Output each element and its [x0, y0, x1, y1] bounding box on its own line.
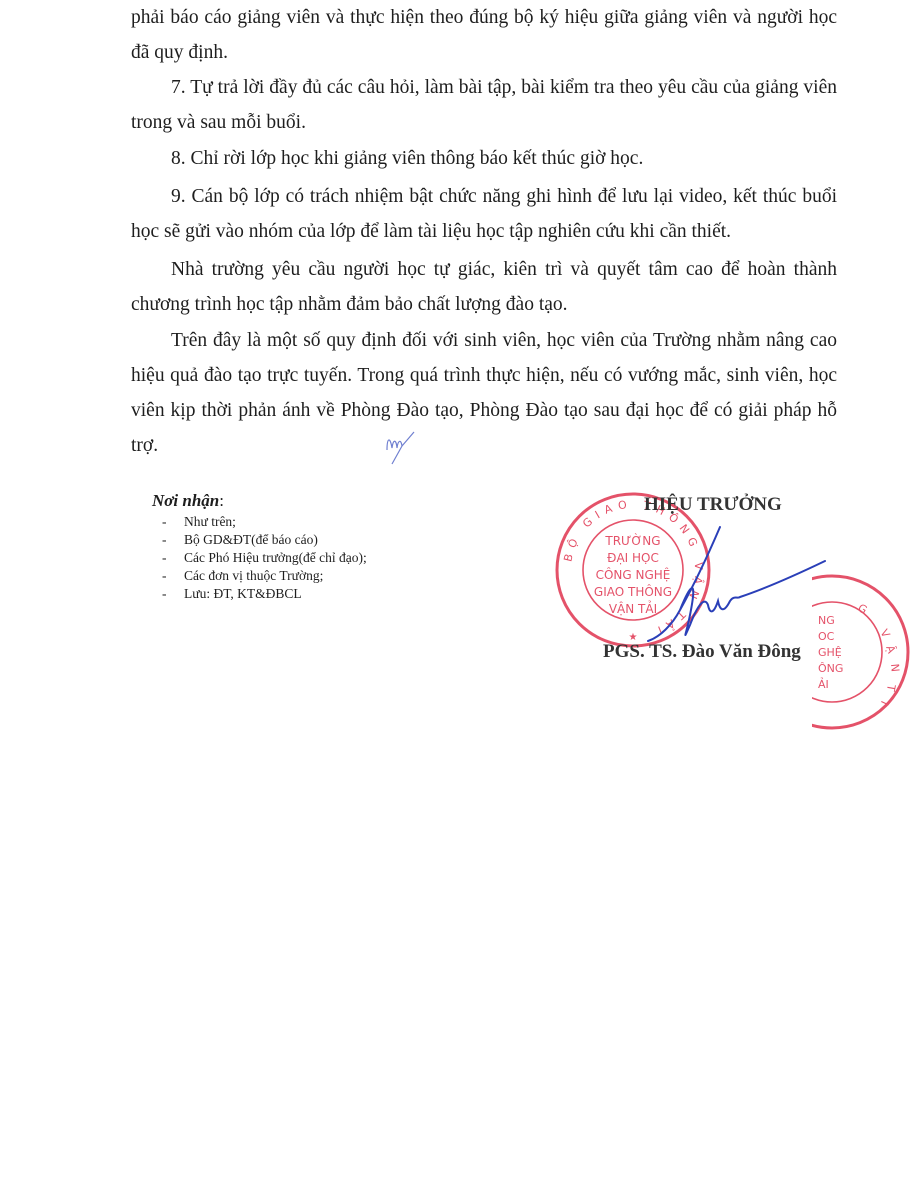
recipients-list: Như trên; Bộ GD&ĐT(để báo cáo) Các Phó H…: [152, 513, 367, 603]
paragraph-item-7: 7. Tự trả lời đầy đủ các câu hỏi, làm bà…: [131, 70, 837, 140]
svg-text:Ậ: Ậ: [883, 644, 898, 656]
recipient-item: Các Phó Hiệu trưởng(để chỉ đạo);: [162, 549, 367, 567]
handwritten-signature: [620, 525, 830, 645]
paragraph-closing: Trên đây là một số quy định đối với sinh…: [131, 323, 837, 463]
paragraph-item-9: 9. Cán bộ lớp có trách nhiệm bật chức nă…: [131, 179, 837, 249]
svg-text:N: N: [888, 663, 902, 672]
initials-mark: [384, 430, 418, 466]
svg-text:G: G: [856, 601, 870, 617]
svg-text:T: T: [884, 682, 898, 692]
paragraph-item-8: 8. Chỉ rời lớp học khi giảng viên thông …: [131, 141, 837, 176]
recipient-item: Các đơn vị thuộc Trường;: [162, 567, 367, 585]
stamp-line: GHỆ: [818, 646, 842, 659]
paragraph-requirement: Nhà trường yêu cầu người học tự giác, ki…: [131, 252, 837, 322]
recipient-item: Như trên;: [162, 513, 367, 531]
recipient-item: Bộ GD&ĐT(để báo cáo): [162, 531, 367, 549]
paragraph-continuation: phải báo cáo giảng viên và thực hiện the…: [131, 0, 837, 70]
recipient-item: Lưu: ĐT, KT&ĐBCL: [162, 585, 367, 603]
stamp-line: ÔNG: [818, 662, 843, 675]
signer-position: HIỆU TRƯỞNG: [644, 494, 782, 516]
stamp-line: ẢI: [818, 677, 829, 691]
recipients-block: Nơi nhận: Như trên; Bộ GD&ĐT(để báo cáo)…: [152, 491, 367, 603]
recipients-title: Nơi nhận:: [152, 491, 367, 511]
